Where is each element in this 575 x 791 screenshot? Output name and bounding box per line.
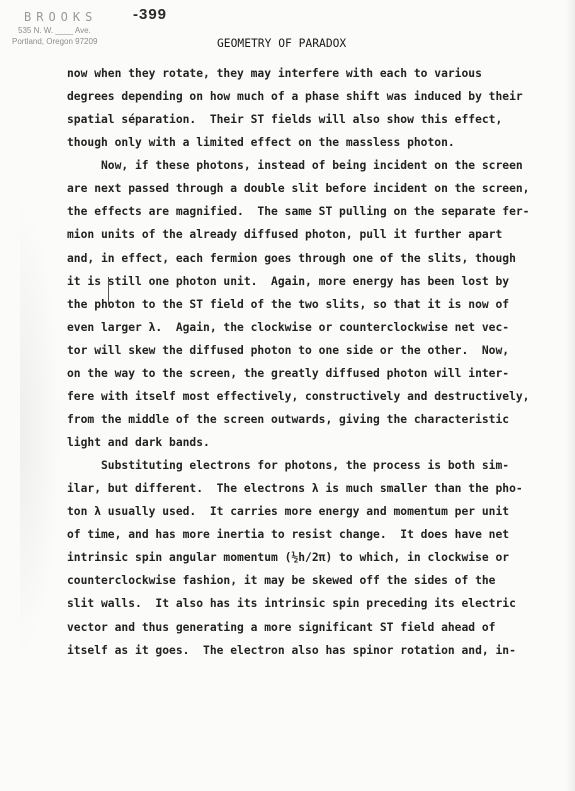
text-line: of time, and has more inertia to resist …: [67, 523, 547, 546]
text-line: even larger λ. Again, the clockwise or c…: [67, 316, 547, 339]
scan-shadow: [20, 200, 60, 660]
text-line: now when they rotate, they may interfere…: [67, 62, 547, 85]
text-line: slit walls. It also has its intrinsic sp…: [67, 592, 547, 615]
stamp-address-line1: 535 N. W. ____ Ave.: [18, 26, 91, 35]
text-line: the photon to the ST field of the two sl…: [67, 293, 547, 316]
text-line: fere with itself most effectively, const…: [67, 385, 547, 408]
pen-mark: [108, 277, 109, 305]
manuscript-number: -399: [133, 6, 167, 23]
text-line: ton λ usually used. It carries more ener…: [67, 500, 547, 523]
text-line: ilar, but different. The electrons λ is …: [67, 477, 547, 500]
text-line: itself as it goes. The electron also has…: [67, 639, 547, 662]
text-line: Substituting electrons for photons, the …: [67, 454, 547, 477]
text-line: light and dark bands.: [67, 431, 547, 454]
stamp-address-line2: Portland, Oregon 97209: [12, 37, 97, 46]
paragraph: Substituting electrons for photons, the …: [67, 454, 547, 662]
stamp-name: BROOKS: [24, 10, 97, 24]
text-line: counterclockwise fashion, it may be skew…: [67, 569, 547, 592]
text-line: on the way to the screen, the greatly di…: [67, 362, 547, 385]
text-line: degrees depending on how much of a phase…: [67, 85, 547, 108]
text-line: though only with a limited effect on the…: [67, 131, 547, 154]
text-line: intrinsic spin angular momentum (½h/2π) …: [67, 546, 547, 569]
text-line: tor will skew the diffused photon to one…: [67, 339, 547, 362]
page-title: GEOMETRY OF PARADOX: [217, 37, 346, 50]
text-line: mion units of the already diffused photo…: [67, 223, 547, 246]
text-line: are next passed through a double slit be…: [67, 177, 547, 200]
paragraph: Now, if these photons, instead of being …: [67, 154, 547, 454]
text-line: Now, if these photons, instead of being …: [67, 154, 547, 177]
text-line: it is still one photon unit. Again, more…: [67, 270, 547, 293]
document-body: now when they rotate, they may interfere…: [67, 62, 547, 662]
text-line: vector and thus generating a more signif…: [67, 616, 547, 639]
text-line: the effects are magnified. The same ST p…: [67, 200, 547, 223]
text-line: from the middle of the screen outwards, …: [67, 408, 547, 431]
text-line: spatial séparation. Their ST fields will…: [67, 108, 547, 131]
paragraph: now when they rotate, they may interfere…: [67, 62, 547, 154]
scan-edge: [565, 0, 575, 791]
text-line: and, in effect, each fermion goes throug…: [67, 247, 547, 270]
